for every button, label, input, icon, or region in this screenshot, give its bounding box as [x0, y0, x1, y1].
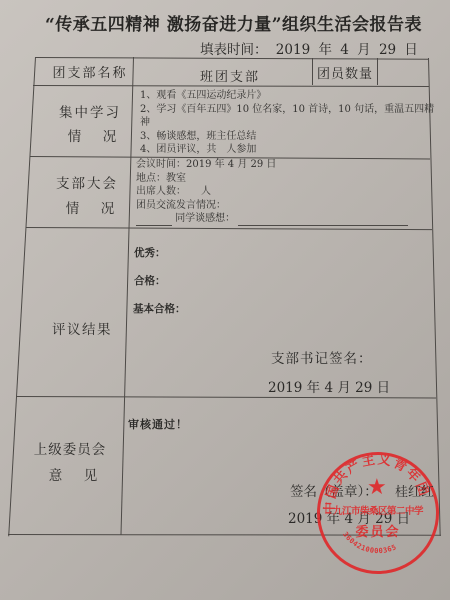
study-section-label-line1: 集中学习 — [52, 101, 128, 121]
stamp-bottom-text: 委员会 — [350, 521, 406, 540]
study-item-1: 1、观看《五四运动纪录片》 — [140, 89, 425, 103]
table-border-left — [8, 57, 36, 536]
committee-section-label-line2: 意 见 — [40, 464, 110, 484]
member-count-label: 团员数量 — [315, 63, 375, 82]
evaluation-section-label: 评议结果 — [40, 318, 124, 338]
row-divider-4 — [16, 396, 436, 398]
meeting-reflection-line: 同学谈感想： — [136, 212, 426, 226]
secretary-signature-label: 支部书记签名： — [271, 347, 373, 367]
study-items-list: 1、观看《五四运动纪录片》 2、学习《百年五四》10 位名家，10 首诗，10 … — [140, 89, 425, 157]
row-divider-3 — [26, 227, 432, 230]
committee-opinion: 审核通过！ — [128, 416, 188, 432]
committee-signature-name: 桂红红 — [395, 481, 434, 500]
stamp-star-icon: ★ — [367, 477, 387, 499]
official-stamp: 中国共产主义青年团 3604210000365 ★ 九江市柴桑区第二中学 委员会 — [317, 452, 439, 574]
reflection-blank-after — [238, 215, 408, 226]
column-divider-header-2 — [377, 58, 378, 85]
study-section-label-line2: 情 况 — [56, 125, 132, 145]
committee-section-label-line1: 上级委员会 — [28, 438, 112, 458]
document-page: “传承五四精神 激扬奋进力量”组织生活会报告表 填表时间： 2019 年 4 月… — [0, 0, 450, 600]
study-item-2: 2、学习《百年五四》10 位名家，10 首诗，10 句话，重温五四精 — [140, 103, 425, 117]
column-divider-header-1 — [312, 58, 313, 85]
meeting-reflection-label: 同学谈感想： — [175, 213, 235, 224]
row-divider-1 — [33, 85, 429, 87]
excellent-label: 优秀： — [134, 245, 166, 260]
meeting-attendance: 出席人数： 人 — [136, 185, 426, 199]
meeting-details: 会议时间：2019 年 4 月 29 日 地点：教室 出席人数： 人 团员交流发… — [136, 158, 426, 226]
table-border-top — [35, 57, 428, 60]
study-item-2-cont: 神 — [140, 116, 425, 130]
meeting-section-label-line1: 支部大会 — [48, 172, 126, 192]
evaluation-date: 2019 年 4 月 29 日 — [268, 376, 390, 396]
meeting-exchange: 团员交流发言情况： — [136, 199, 426, 213]
stamp-middle-text: 九江市柴桑区第二中学 — [326, 503, 430, 517]
study-item-3: 3、畅谈感想，班主任总结 — [140, 130, 425, 144]
reflection-blank-before — [136, 215, 172, 226]
branch-name-label: 团支部名称 — [50, 62, 130, 81]
meeting-time: 会议时间：2019 年 4 月 29 日 — [136, 158, 426, 172]
meeting-location: 地点：教室 — [136, 172, 426, 186]
qualified-label: 合格： — [134, 273, 166, 288]
branch-name-value: 班团支部 — [180, 66, 280, 85]
meeting-section-label-line2: 情 况 — [54, 197, 130, 217]
study-item-4: 4、团员评议，共 人参加 — [140, 143, 425, 157]
basic-qualified-label: 基本合格： — [133, 301, 186, 316]
